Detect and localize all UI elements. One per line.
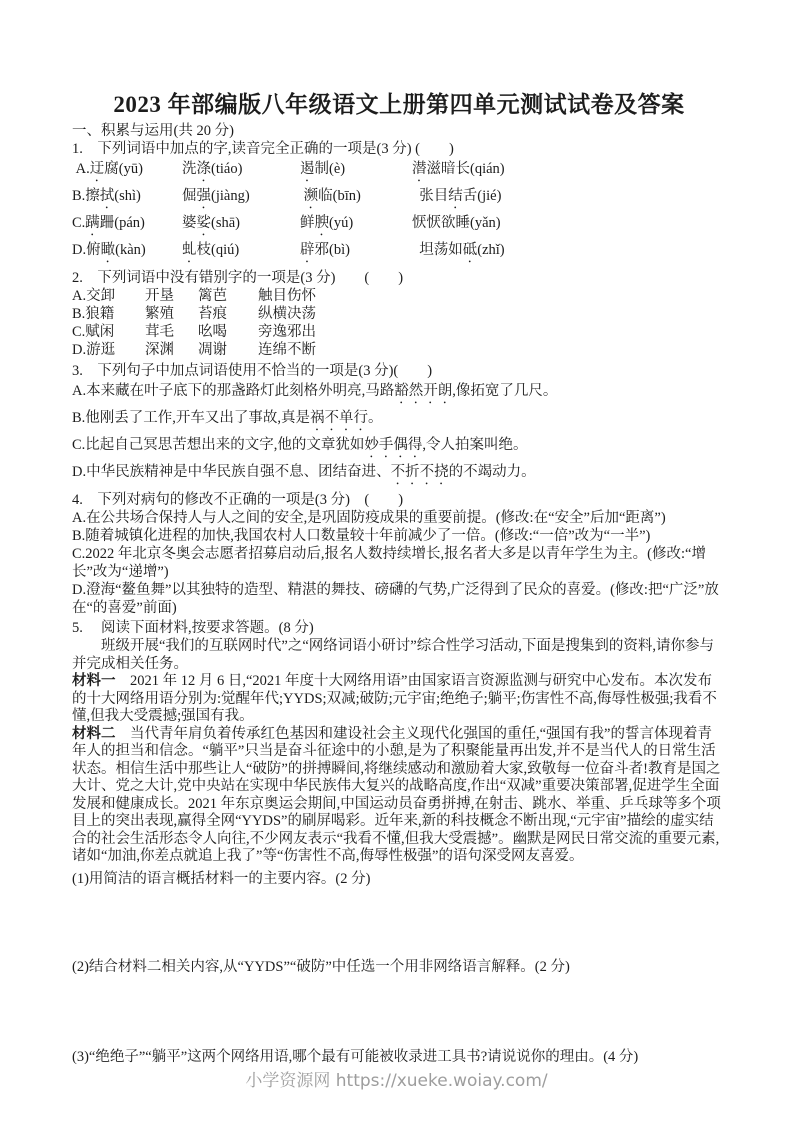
option-cell: 篱芭 <box>198 287 258 305</box>
option-cell: 遏制(è) <box>300 158 412 185</box>
section-heading: 一、积累与运用(共 20 分) <box>72 122 726 140</box>
emphasized-characters: 涤 <box>197 161 212 177</box>
question-1-option-row: A.迂腐(yū) 洗涤(tiáo) 遏制(è) 潜滋暗长(qián) <box>72 158 726 185</box>
question-5-intro: 班级开展“我们的互联网时代”之“网络词语小研讨”综合性学习活动,下面是搜集到的资… <box>72 637 726 673</box>
material-2-text: 当代青年肩负着传承红色基因和建设社会主义现代化强国的重任,“强国有我”的誓言体现… <box>72 726 721 865</box>
emphasized-characters: 蹒 <box>85 215 100 231</box>
option-cell: 深渊 <box>145 341 198 359</box>
emphasized-characters: 砥 <box>463 242 478 258</box>
question-5-sub-2: (2)结合材料二相关内容,从“YYDS”“破防”中任选一个用非网络语言解释。(2… <box>72 958 726 976</box>
option-cell: 婆娑(shā) <box>182 212 300 239</box>
question-2-option-row: C.赋闲 茸毛 吆喝 旁逸邪出 <box>72 323 726 341</box>
emphasized-characters: 潜 <box>412 161 427 177</box>
site-watermark: 小学资源网 https://xueke.woiay.com/ <box>0 1066 793 1091</box>
option-cell: 虬枝(qiú) <box>182 239 300 266</box>
question-1-stem: 1. 下列词语中加点的字,读音完全正确的一项是(3 分) ( ) <box>72 140 726 158</box>
option-cell: 开垦 <box>145 287 198 305</box>
exam-paper-page: 2023 年部编版八年级语文上册第四单元测试试卷及答案 一、积累与运用(共 20… <box>0 0 793 1122</box>
page-title: 2023 年部编版八年级语文上册第四单元测试试卷及答案 <box>72 90 726 120</box>
question-3-option: B.他刚丢了工作,开车又出了事故,真是祸不单行。 <box>72 407 726 434</box>
emphasized-characters: 不折不挠 <box>391 464 449 480</box>
option-cell: 濒临(bīn) <box>300 185 412 212</box>
question-4-stem: 4. 下列对病句的修改不正确的一项是(3 分) ( ) <box>72 491 726 509</box>
question-4-option: D.澄海“鳌鱼舞”以其独特的造型、精湛的舞技、磅礴的气势,广泛得到了民众的喜爱。… <box>72 581 726 617</box>
option-cell: 吆喝 <box>198 323 258 341</box>
option-cell: 恹恹欲睡(yǎn) <box>412 212 726 239</box>
question-5-sub-1: (1)用简洁的语言概括材料一的主要内容。(2 分) <box>72 870 726 888</box>
question-5-stem: 5. 阅读下面材料,按要求答题。(8 分) <box>72 619 726 637</box>
option-cell: 坦荡如砥(zhǐ) <box>412 239 726 266</box>
material-1-label: 材料一 <box>72 673 116 689</box>
option-cell: 旁逸邪出 <box>258 323 726 341</box>
emphasized-characters: 瞰 <box>101 242 116 258</box>
option-cell: 鲜腴(yú) <box>300 212 412 239</box>
option-cell: 凋谢 <box>198 341 258 359</box>
emphasized-characters: 辟 <box>300 242 315 258</box>
option-cell: 洗涤(tiáo) <box>182 158 300 185</box>
question-3-stem: 3. 下列句子中加点词语使用不恰当的一项是(3 分)( ) <box>72 362 726 380</box>
emphasized-characters: 濒 <box>304 188 319 204</box>
question-1-option-row: D.俯瞰(kàn) 虬枝(qiú) 辟邪(bì) 坦荡如砥(zhǐ) <box>72 239 726 266</box>
question-4-option: A.在公共场合保持人与人之间的安全,是巩固防疫成果的重要前提。(修改:在“安全”… <box>72 509 726 527</box>
option-cell: D.游逛 <box>72 341 145 359</box>
question-1-option-row: B.擦拭(shì) 倔强(jiàng) 濒临(bīn) 张目结舌(jié) <box>72 185 726 212</box>
emphasized-characters: 豁然开朗 <box>394 383 452 399</box>
material-2-label: 材料二 <box>72 726 116 742</box>
emphasized-characters: 祸不单行 <box>310 410 368 426</box>
option-cell: 纵横决荡 <box>258 305 726 323</box>
option-cell: 繁殖 <box>145 305 198 323</box>
emphasized-characters: 腴 <box>315 215 330 231</box>
question-3-option: C.比起自己冥思苦想出来的文字,他的文章犹如妙手偶得,令人拍案叫绝。 <box>72 434 726 461</box>
option-cell: B.狼籍 <box>72 305 145 323</box>
material-1-text: 2021 年 12 月 6 日,“2021 年度十大网络用语”由国家语言资源监测… <box>72 673 717 724</box>
emphasized-characters: 娑 <box>197 215 212 231</box>
question-5-sub-3: (3)“绝绝子”“躺平”这两个网络用语,哪个最有可能被收录进工具书?请说说你的理… <box>72 1048 726 1066</box>
option-cell: C.蹒跚(pán) <box>72 212 182 239</box>
option-cell: A.迂腐(yū) <box>72 158 182 185</box>
option-cell: 潜滋暗长(qián) <box>412 158 726 185</box>
emphasized-characters: 强 <box>197 188 212 204</box>
question-2-option-row: A.交卸 开垦 篱芭 触目伤怀 <box>72 287 726 305</box>
option-cell: 触目伤怀 <box>258 287 726 305</box>
question-2-option-row: D.游逛 深渊 凋谢 连绵不断 <box>72 341 726 359</box>
question-2-stem: 2. 下列词语中没有错别字的一项是(3 分) ( ) <box>72 269 726 287</box>
question-3-option: A.本来藏在叶子底下的那盏路灯此刻格外明亮,马路豁然开朗,像拓宽了几尺。 <box>72 380 726 407</box>
option-cell: 张目结舌(jié) <box>412 185 726 212</box>
option-cell: 茸毛 <box>145 323 198 341</box>
option-cell: 苔痕 <box>198 305 258 323</box>
emphasized-characters: 虬 <box>182 242 197 258</box>
emphasized-characters: 拭 <box>100 188 115 204</box>
emphasized-characters: 结 <box>448 188 463 204</box>
material-1-paragraph: 材料一 2021 年 12 月 6 日,“2021 年度十大网络用语”由国家语言… <box>72 673 726 726</box>
question-1-option-row: C.蹒跚(pán) 婆娑(shā) 鲜腴(yú) 恹恹欲睡(yǎn) <box>72 212 726 239</box>
option-cell: B.擦拭(shì) <box>72 185 182 212</box>
option-cell: A.交卸 <box>72 287 145 305</box>
emphasized-characters: 妙手偶得 <box>364 437 422 453</box>
paper-content: 2023 年部编版八年级语文上册第四单元测试试卷及答案 一、积累与运用(共 20… <box>72 90 726 1066</box>
option-cell: 倔强(jiàng) <box>182 185 300 212</box>
question-3-option: D.中华民族精神是中华民族自强不息、团结奋进、不折不挠的不竭动力。 <box>72 461 726 488</box>
emphasized-characters: 迂 <box>90 161 105 177</box>
question-4-option: C.2022 年北京冬奥会志愿者招募启动后,报名人数持续增长,报名者大多是以青年… <box>72 545 726 581</box>
question-4-option: B.随着城镇化进程的加快,我国农村人口数量较十年前减少了一倍。(修改:“一倍”改… <box>72 527 726 545</box>
option-cell: C.赋闲 <box>72 323 145 341</box>
option-cell: 连绵不断 <box>258 341 726 359</box>
option-cell: D.俯瞰(kàn) <box>72 239 182 266</box>
material-2-paragraph: 材料二 当代青年肩负着传承红色基因和建设社会主义现代化强国的重任,“强国有我”的… <box>72 726 726 866</box>
question-2-option-row: B.狼籍 繁殖 苔痕 纵横决荡 <box>72 305 726 323</box>
emphasized-characters: 遏 <box>300 161 315 177</box>
option-cell: 辟邪(bì) <box>300 239 412 266</box>
